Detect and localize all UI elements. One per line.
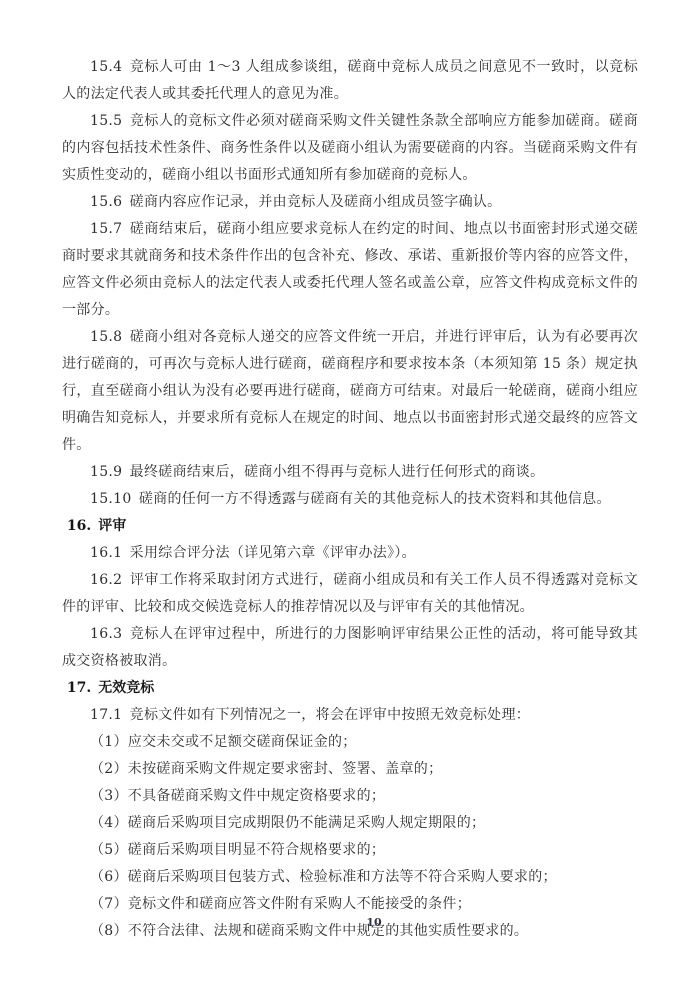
document-body: 15.4 竞标人可由 1～3 人组成参谈组，磋商中竞标人成员之间意见不一致时，以… <box>62 54 638 945</box>
clause-16-2: 16.2 评审工作将采取封闭方式进行，磋商小组成员和有关工作人员不得透露对竞标文… <box>62 567 638 621</box>
invalid-bid-item-3: （3）不具备磋商采购文件中规定资格要求的； <box>62 783 638 810</box>
clause-15-8: 15.8 磋商小组对各竞标人递交的应答文件统一开启，并进行评审后，认为有必要再次… <box>62 324 638 459</box>
invalid-bid-item-7: （7）竞标文件和磋商应答文件附有采购人不能接受的条件； <box>62 891 638 918</box>
invalid-bid-item-2: （2）未按磋商采购文件规定要求密封、签署、盖章的； <box>62 756 638 783</box>
document-page: 15.4 竞标人可由 1～3 人组成参谈组，磋商中竞标人成员之间意见不一致时，以… <box>0 0 700 990</box>
clause-15-5: 15.5 竞标人的竞标文件必须对磋商采购文件关键性条款全部响应方能参加磋商。磋商… <box>62 108 638 189</box>
invalid-bid-item-4: （4）磋商后采购项目完成期限仍不能满足采购人规定期限的； <box>62 810 638 837</box>
clause-15-4: 15.4 竞标人可由 1～3 人组成参谈组，磋商中竞标人成员之间意见不一致时，以… <box>62 54 638 108</box>
invalid-bid-item-1: （1）应交未交或不足额交磋商保证金的； <box>62 729 638 756</box>
clause-17-1: 17.1 竞标文件如有下列情况之一，将会在评审中按照无效竞标处理： <box>62 702 638 729</box>
invalid-bid-item-6: （6）磋商后采购项目包装方式、检验标准和方法等不符合采购人要求的； <box>62 864 638 891</box>
section-17-heading: 17. 无效竞标 <box>62 675 638 702</box>
page-number: 10 <box>24 916 700 929</box>
clause-15-7: 15.7 磋商结束后，磋商小组应要求竞标人在约定的时间、地点以书面密封形式递交磋… <box>62 216 638 324</box>
section-16-heading: 16. 评审 <box>62 513 638 540</box>
clause-16-1: 16.1 采用综合评分法（详见第六章《评审办法》）。 <box>62 540 638 567</box>
invalid-bid-item-5: （5）磋商后采购项目明显不符合规格要求的； <box>62 837 638 864</box>
clause-15-9: 15.9 最终磋商结束后，磋商小组不得再与竞标人进行任何形式的商谈。 <box>62 459 638 486</box>
clause-15-6: 15.6 磋商内容应作记录，并由竞标人及磋商小组成员签字确认。 <box>62 189 638 216</box>
clause-15-10: 15.10 磋商的任何一方不得透露与磋商有关的其他竞标人的技术资料和其他信息。 <box>62 486 638 513</box>
clause-16-3: 16.3 竞标人在评审过程中，所进行的力图影响评审结果公正性的活动，将可能导致其… <box>62 621 638 675</box>
